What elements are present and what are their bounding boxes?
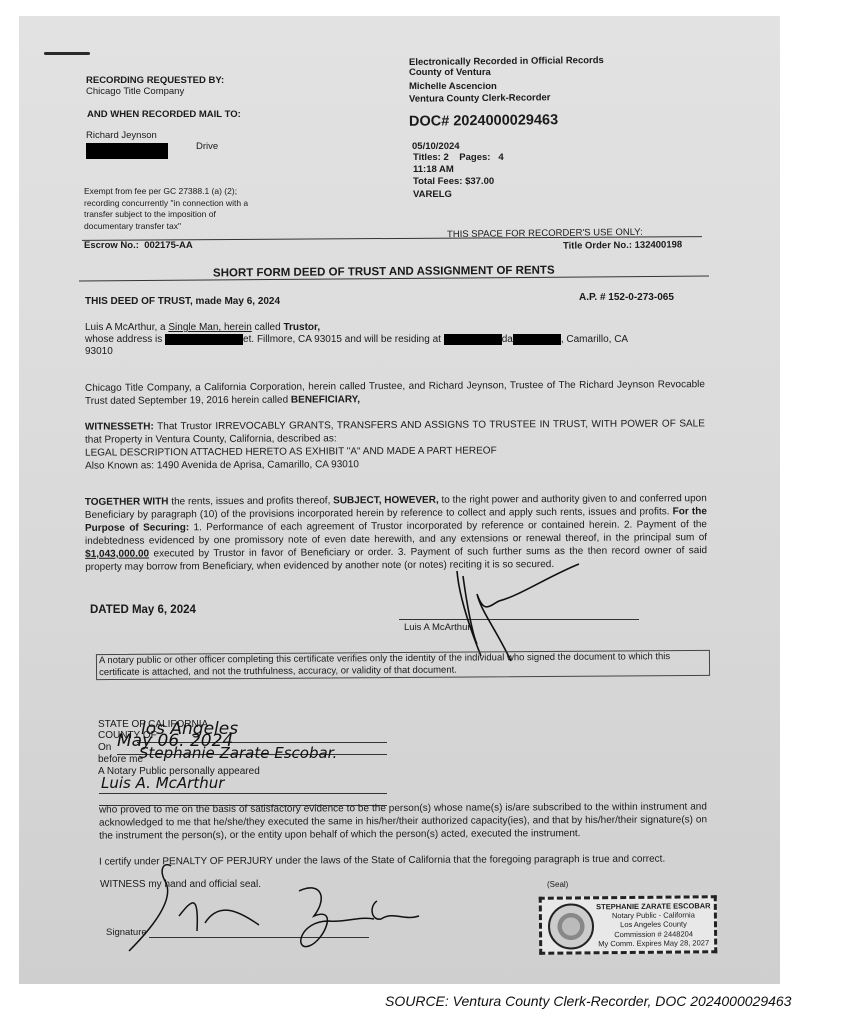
deed-made: THIS DEED OF TRUST, made May 6, 2024 (85, 296, 280, 309)
together-label: TOGETHER WITH (85, 496, 169, 508)
residence-fragment: da (502, 334, 513, 345)
trustor-line2: whose address is et. Fillmore, CA 93015 … (85, 334, 735, 347)
recorder-title: Ventura County Clerk-Recorder (409, 92, 551, 105)
recorded-line2: County of Ventura (409, 67, 491, 79)
redaction-bar (86, 143, 168, 159)
trustor-line3: 93010 (85, 346, 113, 359)
trustor-address: et. Fillmore, CA 93015 and will be resid… (243, 334, 441, 345)
dated: DATED May 6, 2024 (90, 604, 196, 616)
redaction-bar (165, 334, 243, 345)
redaction-bar (513, 334, 561, 345)
seal-notary-title: Notary Public - California (596, 910, 711, 920)
beneficiary-text: Chicago Title Company, a California Corp… (85, 379, 705, 407)
redaction-bar (444, 334, 502, 345)
residence-city: , Camarillo, CA (561, 334, 628, 345)
recorder-name: Michelle Ascencion (409, 81, 497, 93)
pen-mark (44, 52, 90, 55)
appeared-line (99, 793, 387, 794)
recorded-time: 11:18 AM (413, 164, 454, 176)
clerk-id: VARELG (413, 189, 452, 201)
legal-description: LEGAL DESCRIPTION ATTACHED HERETO AS EXH… (85, 445, 497, 458)
title-order-value: 132400198 (635, 239, 683, 250)
witnesseth-label: WITNESSETH: (85, 421, 154, 432)
doc-number: DOC# 2024000029463 (409, 112, 558, 130)
source-caption: SOURCE: Ventura County Clerk-Recorder, D… (385, 993, 791, 1009)
recording-requested-value: Chicago Title Company (86, 86, 184, 98)
seal-text: STEPHANIE ZARATE ESCOBAR Notary Public -… (596, 901, 711, 948)
trustor-address-label: whose address is (85, 334, 162, 345)
total-fees: Total Fees: $37.00 (413, 176, 494, 188)
title-order-label: Title Order No.: (563, 240, 632, 252)
notary-on-label: On (98, 742, 111, 755)
together-text: the rents, issues and profits thereof, (168, 495, 333, 507)
recorder-use-only: THIS SPACE FOR RECORDER'S USE ONLY: (447, 227, 643, 241)
seal-label: (Seal) (547, 880, 568, 889)
document-photo: RECORDING REQUESTED BY: Chicago Title Co… (19, 16, 780, 984)
trustor-called: called (252, 322, 284, 333)
property-address: Also Known as: 1490 Avenida de Aprisa, C… (85, 459, 359, 471)
subject-however: SUBJECT, HOWEVER, (333, 495, 439, 507)
state-seal-icon (548, 903, 594, 949)
trustor-name: Luis A McArthur, a (85, 322, 168, 333)
apn: A.P. # 152-0-273-065 (579, 292, 674, 305)
trustor-line1: Luis A McArthur, a Single Man, herein ca… (85, 322, 320, 335)
titles-count: Titles: 2 (413, 152, 449, 163)
trustor-label: Trustor, (283, 322, 320, 333)
titles-pages: Titles: 2 Pages: 4 (413, 152, 504, 164)
title-order: Title Order No.: 132400198 (563, 239, 682, 252)
exempt-note-line: documentary transfer tax" (84, 221, 248, 233)
mail-to-street: Drive (196, 141, 218, 153)
witnesseth-text: That Trustor IRREVOCABLY GRANTS, TRANSFE… (85, 418, 705, 445)
trustor-status: Single Man, herein (168, 322, 251, 333)
notary-signature (119, 861, 439, 961)
escrow-number: Escrow No.: 002175-AA (84, 240, 193, 252)
notary-before-label: before me (98, 754, 143, 767)
notary-appeared-value: Luis A. McArthur (101, 774, 224, 792)
notary-seal: STEPHANIE ZARATE ESCOBAR Notary Public -… (539, 895, 717, 955)
mail-to-name: Richard Jeynson (86, 130, 157, 142)
witnesseth-paragraph: WITNESSETH: That Trustor IRREVOCABLY GRA… (85, 417, 705, 472)
seal-expiration: My Comm. Expires May 28, 2027 (596, 938, 711, 948)
pages-value: 4 (498, 152, 503, 163)
notary-before-value: Stephanie Zarate Escobar. (139, 744, 337, 762)
beneficiary-paragraph: Chicago Title Company, a California Corp… (85, 378, 705, 408)
notary-body: who proved to me on the basis of satisfa… (99, 800, 707, 842)
pages-label: Pages: (459, 152, 490, 163)
escrow-label: Escrow No.: (84, 240, 139, 251)
exempt-note: Exempt from fee per GC 27388.1 (a) (2); … (84, 186, 248, 232)
notary-notice: A notary public or other officer complet… (96, 650, 710, 680)
exempt-note-line: transfer subject to the imposition of (84, 209, 248, 221)
escrow-value: 002175-AA (144, 240, 193, 251)
mail-to-label: AND WHEN RECORDED MAIL TO: (87, 109, 241, 121)
exempt-note-line: recording concurrently "in connection wi… (84, 198, 248, 210)
exempt-note-line: Exempt from fee per GC 27388.1 (a) (2); (84, 186, 248, 198)
principal-amount: $1,043,000.00 (85, 549, 149, 560)
beneficiary-label: BENEFICIARY, (291, 394, 360, 405)
